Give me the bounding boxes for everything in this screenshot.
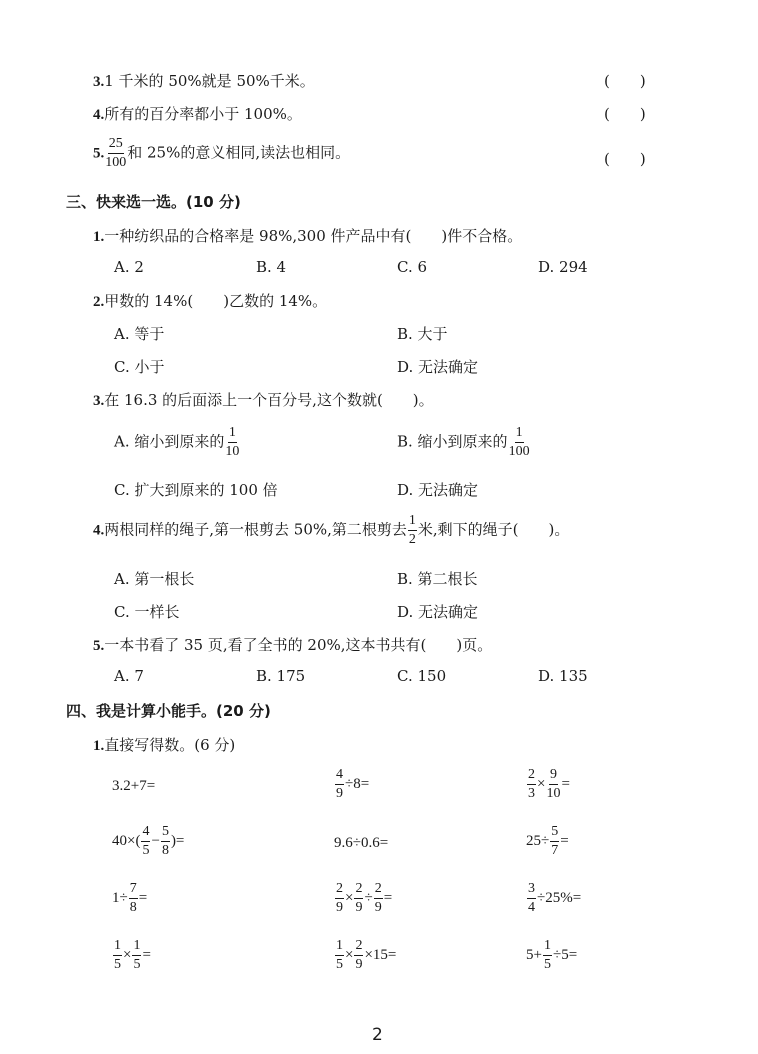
calc-item: 49÷8= — [334, 768, 369, 801]
fraction: 25100 — [105, 137, 126, 170]
question-3: 3.在 16.3 的后面添上一个百分号,这个数就( )。 — [93, 389, 434, 410]
option-a[interactable]: A. 第一根长 — [114, 568, 194, 589]
option-a[interactable]: A. 等于 — [114, 323, 164, 344]
answer-paren[interactable]: ( ) — [604, 103, 646, 124]
option-d[interactable]: D. 无法确定 — [397, 601, 478, 622]
calc-item: 29×29÷29= — [334, 882, 392, 915]
question-2: 2.甲数的 14%( )乙数的 14%。 — [93, 290, 327, 311]
option-c[interactable]: C. 一样长 — [114, 601, 179, 622]
calc-item: 34÷25%= — [526, 882, 581, 915]
judge-item-5: 5.25100和 25%的意义相同,读法也相同。 — [93, 137, 350, 170]
option-a[interactable]: A. 2 — [114, 258, 144, 276]
calc-item: 15×29×15= — [334, 939, 396, 972]
page-number: 2 — [372, 1025, 383, 1045]
fraction: 110 — [225, 426, 239, 459]
option-c[interactable]: C. 150 — [397, 667, 446, 685]
judge-item-4: 4.所有的百分率都小于 100%。 — [93, 103, 302, 124]
calc-item: 23×910= — [526, 768, 570, 801]
option-c[interactable]: C. 6 — [397, 258, 427, 276]
question-1: 1.直接写得数。(6 分) — [93, 734, 235, 755]
fraction: 1100 — [509, 426, 530, 459]
calc-item: 25÷57= — [526, 825, 569, 858]
judge-item-3: 3.1 千米的 50%就是 50%千米。 — [93, 70, 315, 91]
answer-paren[interactable]: ( ) — [604, 148, 646, 169]
question-5: 5.一本书看了 35 页,看了全书的 20%,这本书共有( )页。 — [93, 634, 492, 655]
option-b[interactable]: B. 缩小到原来的1100 — [397, 426, 531, 459]
option-d[interactable]: D. 无法确定 — [397, 479, 478, 500]
option-c[interactable]: C. 扩大到原来的 100 倍 — [114, 479, 278, 500]
calc-item: 5+15÷5= — [526, 939, 577, 972]
option-b[interactable]: B. 4 — [256, 258, 286, 276]
option-c[interactable]: C. 小于 — [114, 356, 164, 377]
option-d[interactable]: D. 294 — [538, 258, 588, 276]
question-4: 4.两根同样的绳子,第一根剪去 50%,第二根剪去12米,剩下的绳子( )。 — [93, 514, 569, 547]
section-title: 四、我是计算小能手。(20 分) — [66, 700, 271, 721]
option-a[interactable]: A. 缩小到原来的110 — [114, 426, 240, 459]
calc-item: 9.6÷0.6= — [334, 835, 388, 852]
calc-item: 15×15= — [112, 939, 151, 972]
fraction: 12 — [408, 514, 417, 547]
calc-item: 40×(45−58)= — [112, 825, 184, 858]
option-d[interactable]: D. 135 — [538, 667, 588, 685]
section-title: 三、快来选一选。(10 分) — [66, 191, 241, 212]
answer-paren[interactable]: ( ) — [604, 70, 646, 91]
calc-item: 1÷78= — [112, 882, 147, 915]
question-1: 1.一种纺织品的合格率是 98%,300 件产品中有( )件不合格。 — [93, 225, 522, 246]
option-b[interactable]: B. 175 — [256, 667, 305, 685]
option-b[interactable]: B. 大于 — [397, 323, 448, 344]
option-a[interactable]: A. 7 — [114, 667, 144, 685]
calc-item: 3.2+7= — [112, 778, 155, 795]
option-d[interactable]: D. 无法确定 — [397, 356, 478, 377]
option-b[interactable]: B. 第二根长 — [397, 568, 478, 589]
